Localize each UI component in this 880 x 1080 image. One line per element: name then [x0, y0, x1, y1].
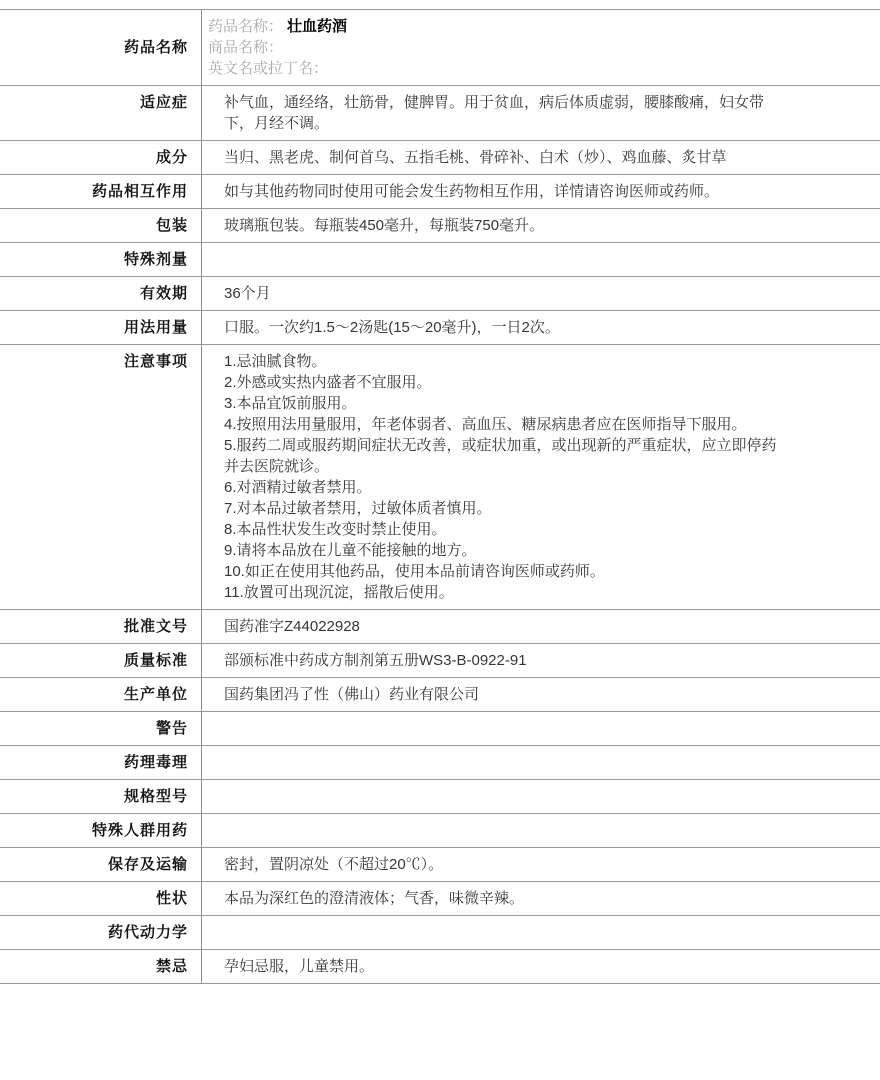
- contraindications-label: 禁忌: [0, 950, 202, 983]
- drug-name-value: 壮血药酒: [287, 18, 347, 35]
- row-pharmacology-toxicology: 药理毒理: [0, 746, 880, 780]
- precaution-item: 9.请将本品放在儿童不能接触的地方。: [224, 540, 780, 561]
- drug-interactions-value: 如与其他药物同时使用可能会发生药物相互作用，详情请咨询医师或药师。: [202, 175, 880, 208]
- row-storage-transport: 保存及运输 密封，置阴凉处（不超过20℃）。: [0, 848, 880, 882]
- drug-name-row-value: 药品名称：壮血药酒 商品名称： 英文名或拉丁名：: [202, 10, 880, 85]
- row-drug-interactions: 药品相互作用 如与其他药物同时使用可能会发生药物相互作用，详情请咨询医师或药师。: [0, 175, 880, 209]
- drug-name-line: 药品名称：壮血药酒: [208, 16, 870, 37]
- trade-name-prefix: 商品名称：: [208, 39, 283, 56]
- row-quality-standard: 质量标准 部颁标准中药成方制剂第五册WS3-B-0922-91: [0, 644, 880, 678]
- special-populations-label: 特殊人群用药: [0, 814, 202, 847]
- row-drug-name: 药品名称 药品名称：壮血药酒 商品名称： 英文名或拉丁名：: [0, 10, 880, 86]
- drug-name-row-label: 药品名称: [0, 10, 202, 85]
- precaution-item: 7.对本品过敏者禁用，过敏体质者慎用。: [224, 498, 780, 519]
- indications-label: 适应症: [0, 86, 202, 140]
- manufacturer-value: 国药集团冯了性（佛山）药业有限公司: [202, 678, 880, 711]
- precaution-item: 5.服药二周或服药期间症状无改善，或症状加重，或出现新的严重症状，应立即停药并去…: [224, 435, 780, 477]
- packaging-label: 包装: [0, 209, 202, 242]
- shelf-life-label: 有效期: [0, 277, 202, 310]
- row-indications: 适应症 补气血，通经络，壮筋骨，健脾胃。用于贫血，病后体质虚弱，腰膝酸痛，妇女带…: [0, 86, 880, 141]
- row-approval-number: 批准文号 国药准字Z44022928: [0, 610, 880, 644]
- warning-value: [202, 712, 880, 745]
- row-pharmacokinetics: 药代动力学: [0, 916, 880, 950]
- precaution-item: 1.忌油腻食物。: [224, 351, 780, 372]
- precaution-item: 11.放置可出现沉淀，摇散后使用。: [224, 582, 780, 603]
- row-contraindications: 禁忌 孕妇忌服，儿童禁用。: [0, 950, 880, 984]
- pharmacokinetics-value: [202, 916, 880, 949]
- drug-info-page: 药品名称 药品名称：壮血药酒 商品名称： 英文名或拉丁名： 适应症 补气血，通经…: [0, 0, 880, 1080]
- approval-number-label: 批准文号: [0, 610, 202, 643]
- row-special-dosage: 特殊剂量: [0, 243, 880, 277]
- row-ingredients: 成分 当归、黑老虎、制何首乌、五指毛桃、骨碎补、白术（炒）、鸡血藤、炙甘草: [0, 141, 880, 175]
- row-description: 性状 本品为深红色的澄清液体；气香，味微辛辣。: [0, 882, 880, 916]
- drug-interactions-label: 药品相互作用: [0, 175, 202, 208]
- shelf-life-value: 36个月: [202, 277, 880, 310]
- special-dosage-value: [202, 243, 880, 276]
- ingredients-label: 成分: [0, 141, 202, 174]
- usage-dosage-value: 口服。一次约1.5～2汤匙(15～20毫升)，一日2次。: [202, 311, 880, 344]
- precaution-item: 3.本品宜饭前服用。: [224, 393, 780, 414]
- approval-number-value: 国药准字Z44022928: [202, 610, 880, 643]
- quality-standard-label: 质量标准: [0, 644, 202, 677]
- storage-transport-value: 密封，置阴凉处（不超过20℃）。: [202, 848, 880, 881]
- row-special-populations: 特殊人群用药: [0, 814, 880, 848]
- row-usage-dosage: 用法用量 口服。一次约1.5～2汤匙(15～20毫升)，一日2次。: [0, 311, 880, 345]
- precaution-item: 8.本品性状发生改变时禁止使用。: [224, 519, 780, 540]
- drug-info-table: 药品名称 药品名称：壮血药酒 商品名称： 英文名或拉丁名： 适应症 补气血，通经…: [0, 9, 880, 984]
- special-populations-value: [202, 814, 880, 847]
- row-specification: 规格型号: [0, 780, 880, 814]
- manufacturer-label: 生产单位: [0, 678, 202, 711]
- precaution-item: 10.如正在使用其他药品，使用本品前请咨询医师或药师。: [224, 561, 780, 582]
- precaution-item: 6.对酒精过敏者禁用。: [224, 477, 780, 498]
- pharmacokinetics-label: 药代动力学: [0, 916, 202, 949]
- contraindications-value: 孕妇忌服，儿童禁用。: [202, 950, 880, 983]
- specification-value: [202, 780, 880, 813]
- row-packaging: 包装 玻璃瓶包装。每瓶装450毫升，每瓶装750毫升。: [0, 209, 880, 243]
- description-value: 本品为深红色的澄清液体；气香，味微辛辣。: [202, 882, 880, 915]
- usage-dosage-label: 用法用量: [0, 311, 202, 344]
- special-dosage-label: 特殊剂量: [0, 243, 202, 276]
- warning-label: 警告: [0, 712, 202, 745]
- precaution-item: 2.外感或实热内盛者不宜服用。: [224, 372, 780, 393]
- indications-value: 补气血，通经络，壮筋骨，健脾胃。用于贫血，病后体质虚弱，腰膝酸痛，妇女带下，月经…: [202, 86, 880, 140]
- row-warning: 警告: [0, 712, 880, 746]
- drug-name-prefix: 药品名称：: [208, 18, 283, 35]
- specification-label: 规格型号: [0, 780, 202, 813]
- row-shelf-life: 有效期 36个月: [0, 277, 880, 311]
- quality-standard-value: 部颁标准中药成方制剂第五册WS3-B-0922-91: [202, 644, 880, 677]
- pharmacology-toxicology-label: 药理毒理: [0, 746, 202, 779]
- ingredients-value: 当归、黑老虎、制何首乌、五指毛桃、骨碎补、白术（炒）、鸡血藤、炙甘草: [202, 141, 880, 174]
- storage-transport-label: 保存及运输: [0, 848, 202, 881]
- trade-name-line: 商品名称：: [208, 37, 870, 58]
- description-label: 性状: [0, 882, 202, 915]
- precaution-item: 4.按照用法用量服用，年老体弱者、高血压、糖尿病患者应在医师指导下服用。: [224, 414, 780, 435]
- row-precautions: 注意事项 1.忌油腻食物。 2.外感或实热内盛者不宜服用。 3.本品宜饭前服用。…: [0, 345, 880, 610]
- packaging-value: 玻璃瓶包装。每瓶装450毫升，每瓶装750毫升。: [202, 209, 880, 242]
- english-name-line: 英文名或拉丁名：: [208, 58, 870, 79]
- pharmacology-toxicology-value: [202, 746, 880, 779]
- precautions-value: 1.忌油腻食物。 2.外感或实热内盛者不宜服用。 3.本品宜饭前服用。 4.按照…: [202, 345, 880, 609]
- row-manufacturer: 生产单位 国药集团冯了性（佛山）药业有限公司: [0, 678, 880, 712]
- english-name-prefix: 英文名或拉丁名：: [208, 60, 328, 77]
- precautions-label: 注意事项: [0, 345, 202, 609]
